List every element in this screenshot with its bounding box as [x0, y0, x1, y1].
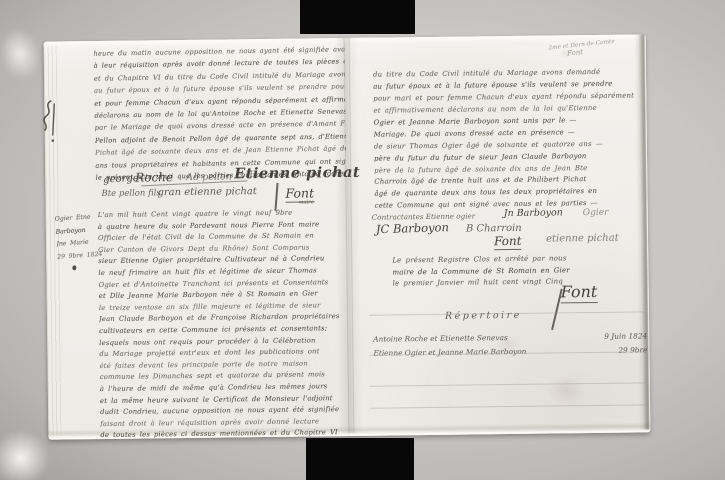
register-book-spread: heure du matin aucune opposition ne nous… — [44, 34, 651, 439]
signature-etienne-pichat: Etienne pichat — [234, 164, 360, 183]
signature-george: george — [103, 173, 139, 186]
stain — [546, 375, 586, 405]
signature-etienne-pichat-right: etienne pichat — [546, 233, 619, 245]
signature-pellon-fils: Bte pellon fils — [101, 188, 160, 199]
repertoire-title: Répertoire — [445, 310, 522, 322]
signature-gran-etienne: gran etienne pichat — [157, 186, 257, 198]
signature-ad-pellon: Ad pellon — [186, 171, 232, 183]
mayor-title: maire — [299, 199, 314, 205]
archivist-corner-annotation: 2me et Dern de Comte Font — [548, 39, 616, 60]
act2-continuation-block: du titre du Code Civil intitulé du Maria… — [373, 66, 647, 213]
margin-flourish-mark — [37, 98, 60, 146]
scanner-bed-smudge-bottom-left — [0, 430, 50, 480]
act2-margin-note: Ogier EtneBarboyonJne Marie29 9bre 1824 — [54, 211, 103, 265]
mayor-paraph-stroke — [274, 183, 278, 211]
entry-date: 9 Juin 1824 — [604, 329, 647, 344]
margin-note-line: 29 9bre 1824 — [57, 249, 104, 265]
scanner-bed-smudge-top-left — [0, 23, 47, 85]
signature-jc-barboyon: JC Barboyon — [376, 220, 449, 236]
signature-jn-barboyon: Jn Barboyon — [504, 207, 563, 219]
scanned-register-photo: heure du matin aucune opposition ne nous… — [0, 0, 725, 480]
signature-roche: Roche — [135, 170, 173, 184]
act2-text-block: L'an mil huit Cent vingt quatre le vingt… — [98, 207, 353, 442]
scanner-black-patch-top — [300, 0, 415, 34]
signature-ogier: Ogier — [583, 208, 609, 218]
ruled-line — [370, 404, 648, 408]
signature-font: Font — [494, 234, 522, 250]
scanner-black-patch-bottom — [306, 438, 414, 480]
act1-text-block: heure du matin aucune opposition ne nous… — [93, 43, 346, 184]
ruled-line — [370, 382, 648, 386]
ink-spot — [72, 265, 76, 270]
repertoire-entries: Antoine Roche et Etienette Senevas 9 Jui… — [373, 329, 647, 360]
closing-signature-font: Font — [561, 282, 598, 303]
signature-b-charroin: B Charroin — [466, 223, 522, 235]
